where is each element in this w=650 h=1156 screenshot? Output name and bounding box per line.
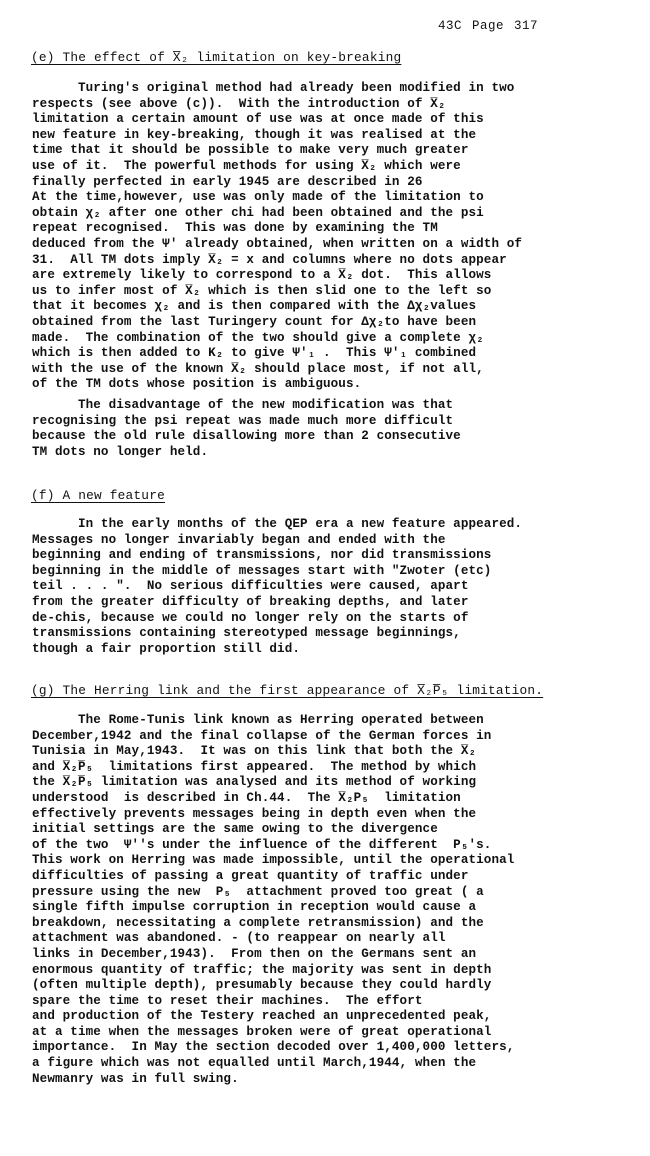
section-title-g: (g) The Herring link and the first appea… [31, 683, 543, 698]
text-line: beginning and ending of transmissions, n… [32, 548, 522, 564]
text-line: us to infer most of X̅₂ which is then sl… [32, 284, 522, 300]
text-line: (often multiple depth), presumably becau… [32, 978, 514, 994]
text-line: and X̅₂P̅₅ limitations first appeared. T… [32, 760, 514, 776]
text-line: transmissions containing stereotyped mes… [32, 626, 522, 642]
section-title-e: (e) The effect of X̅₂ limitation on key-… [31, 50, 401, 65]
text-line: repeat recognised. This was done by exam… [32, 221, 522, 237]
text-line: de-chis, because we could no longer rely… [32, 611, 522, 627]
text-line: obtain χ₂ after one other chi had been o… [32, 206, 522, 222]
text-line: teil . . . ". No serious difficulties we… [32, 579, 522, 595]
text-line: from the greater difficulty of breaking … [32, 595, 522, 611]
text-line: deduced from the Ψ' already obtained, wh… [32, 237, 522, 253]
text-line: which is then added to K₂ to give Ψ'₁ . … [32, 346, 522, 362]
text-line: of the TM dots whose position is ambiguo… [32, 377, 522, 393]
paragraph-g-1: The Rome-Tunis link known as Herring ope… [32, 713, 514, 1087]
text-line: use of it. The powerful methods for usin… [32, 159, 522, 175]
text-line: of the two Ψ''s under the influence of t… [32, 838, 514, 854]
text-line: that it becomes χ₂ and is then compared … [32, 299, 522, 315]
paragraph-f-1: In the early months of the QEP era a new… [32, 517, 522, 657]
text-line: enormous quantity of traffic; the majori… [32, 963, 514, 979]
text-line: and production of the Testery reached an… [32, 1009, 514, 1025]
text-line: The disadvantage of the new modification… [32, 398, 461, 414]
text-line: spare the time to reset their machines. … [32, 994, 514, 1010]
text-line: pressure using the new P₅ attachment pro… [32, 885, 514, 901]
text-line: difficulties of passing a great quantity… [32, 869, 514, 885]
text-line: beginning in the middle of messages star… [32, 564, 522, 580]
text-line: recognising the psi repeat was made much… [32, 414, 461, 430]
page-label: Page [472, 19, 504, 33]
text-line: breakdown, necessitating a complete retr… [32, 916, 514, 932]
text-line: 31. All TM dots imply X̅₂ = x and column… [32, 253, 522, 269]
text-line: links in December,1943). From then on th… [32, 947, 514, 963]
page-header: 43CPage317 [438, 19, 548, 33]
text-line: Tunisia in May,1943. It was on this link… [32, 744, 514, 760]
text-line: obtained from the last Turingery count f… [32, 315, 522, 331]
text-line: effectively prevents messages being in d… [32, 807, 514, 823]
text-line: understood is described in Ch.44. The X̅… [32, 791, 514, 807]
text-line: importance. In May the section decoded o… [32, 1040, 514, 1056]
text-line: a figure which was not equalled until Ma… [32, 1056, 514, 1072]
text-line: respects (see above (c)). With the intro… [32, 97, 522, 113]
text-line: In the early months of the QEP era a new… [32, 517, 522, 533]
text-line: At the time,however, use was only made o… [32, 190, 522, 206]
page-number: 317 [514, 19, 538, 33]
text-line: This work on Herring was made impossible… [32, 853, 514, 869]
doc-reference: 43C [438, 19, 462, 33]
text-line: though a fair proportion still did. [32, 642, 522, 658]
text-line: because the old rule disallowing more th… [32, 429, 461, 445]
text-line: the X̅₂P̅₅ limitation was analysed and i… [32, 775, 514, 791]
section-title-f: (f) A new feature [31, 488, 165, 503]
text-line: Turing's original method had already bee… [32, 81, 522, 97]
paragraph-e-2: The disadvantage of the new modification… [32, 398, 461, 460]
text-line: initial settings are the same owing to t… [32, 822, 514, 838]
paragraph-e-1: Turing's original method had already bee… [32, 81, 522, 393]
text-line: with the use of the known X̅₂ should pla… [32, 362, 522, 378]
text-line: limitation a certain amount of use was a… [32, 112, 522, 128]
text-line: finally perfected in early 1945 are desc… [32, 175, 522, 191]
text-line: are extremely likely to correspond to a … [32, 268, 522, 284]
text-line: Newmanry was in full swing. [32, 1072, 514, 1088]
text-line: attachment was abandoned. - (to reappear… [32, 931, 514, 947]
text-line: TM dots no longer held. [32, 445, 461, 461]
text-line: new feature in key-breaking, though it w… [32, 128, 522, 144]
text-line: at a time when the messages broken were … [32, 1025, 514, 1041]
text-line: December,1942 and the final collapse of … [32, 729, 514, 745]
text-line: The Rome-Tunis link known as Herring ope… [32, 713, 514, 729]
text-line: made. The combination of the two should … [32, 331, 522, 347]
text-line: time that it should be possible to make … [32, 143, 522, 159]
text-line: single fifth impulse corruption in recep… [32, 900, 514, 916]
text-line: Messages no longer invariably began and … [32, 533, 522, 549]
